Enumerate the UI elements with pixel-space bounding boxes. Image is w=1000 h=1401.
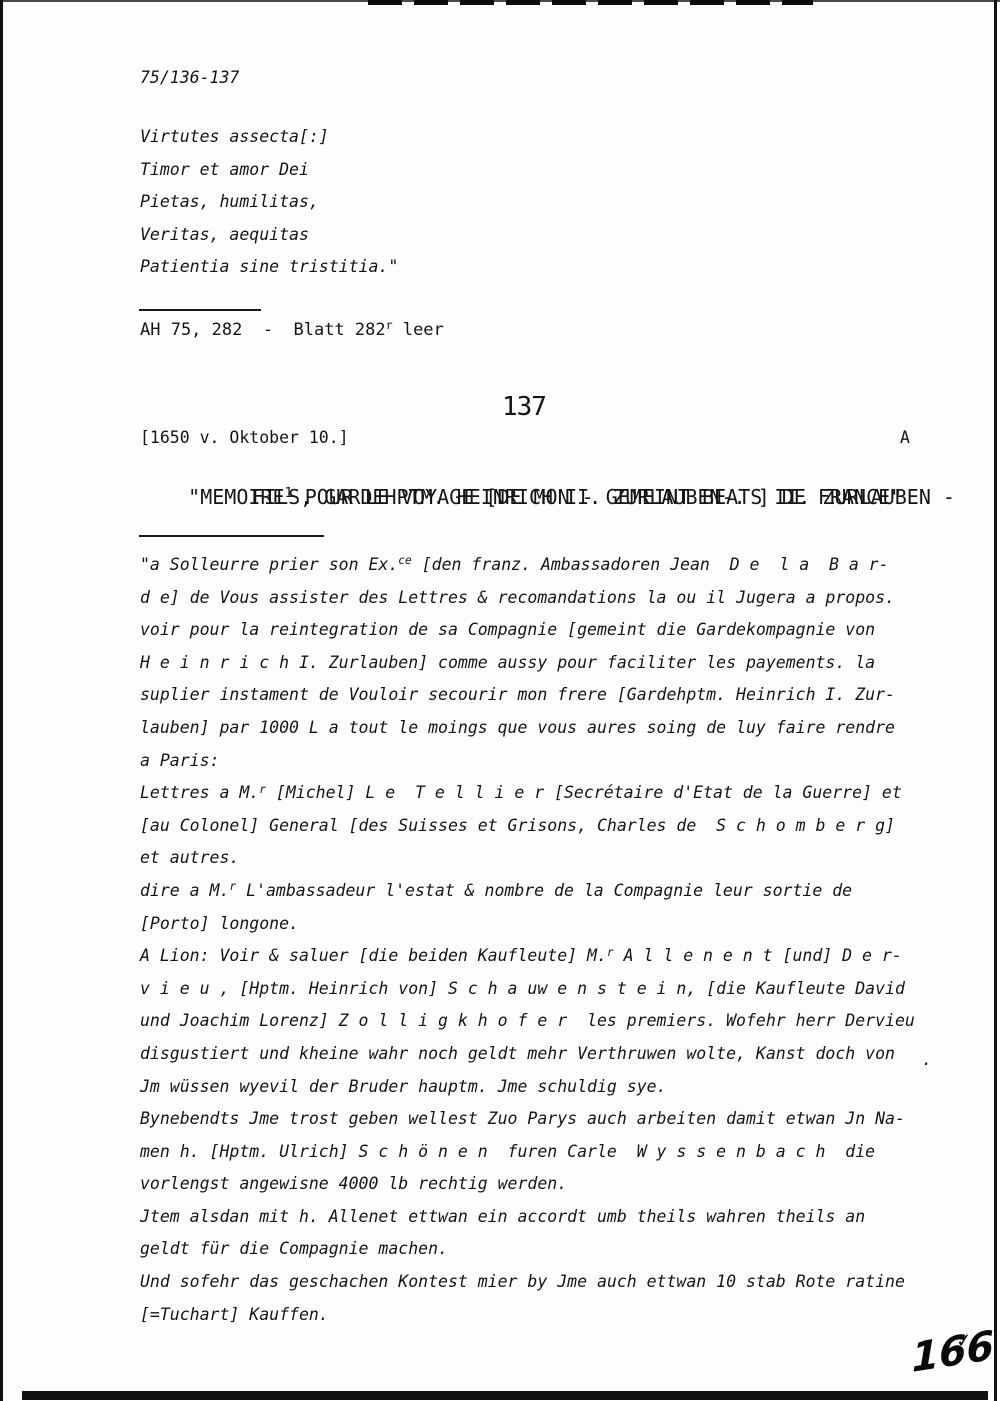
body-line: et autres. <box>140 842 915 875</box>
motto-block: Virtutes assecta[:]Timor et amor DeiPiet… <box>140 121 398 284</box>
body-line: Bynebendts Jme trost geben wellest Zuo P… <box>140 1103 915 1136</box>
divider-rule-title <box>139 535 324 537</box>
date-line: [1650 v. Oktober 10.] <box>140 428 349 447</box>
motto-line: Patientia sine tristitia." <box>140 251 398 284</box>
scan-edge-left <box>0 0 3 1401</box>
scan-edge-right <box>994 0 997 1401</box>
archive-reference: AH 75, 282 - Blatt 282r leer <box>140 320 444 340</box>
motto-line: Timor et amor Dei <box>140 154 398 187</box>
body-line: a Paris: <box>140 745 915 778</box>
body-line: vorlengst angewisne 4000 lb rechtig werd… <box>140 1168 915 1201</box>
page-number: 137 <box>502 392 546 422</box>
body-line: A Lion: Voir & saluer [die beiden Kaufle… <box>140 940 915 973</box>
motto-line: Veritas, aequitas <box>140 219 398 252</box>
body-line: dire a M.r L'ambassadeur l'estat & nombr… <box>140 875 915 908</box>
body-line: men h. [Hptm. Ulrich] S c h ö n e n fure… <box>140 1136 915 1169</box>
memoire-body-text: "a Solleurre prier son Ex.ce [den franz.… <box>140 549 915 1331</box>
body-line: Jtem alsdan mit h. Allenet ettwan ein ac… <box>140 1201 915 1234</box>
body-line: Jm wüssen wyevil der Bruder hauptm. Jme … <box>140 1071 915 1104</box>
scan-edge-bottom <box>22 1391 988 1400</box>
scan-edge-top-dashes <box>368 0 813 5</box>
body-line: Lettres a M.r [Michel] L e T e l l i e r… <box>140 777 915 810</box>
stray-ink-dot: . <box>922 1050 932 1069</box>
body-line: v i e u , [Hptm. Heinrich von] S c h a u… <box>140 973 915 1006</box>
divider-rule-top <box>139 309 261 311</box>
body-line: "a Solleurre prier son Ex.ce [den franz.… <box>140 549 915 582</box>
body-line: voir pour la reintegration de sa Compagn… <box>140 614 915 647</box>
body-line: [Porto] longone. <box>140 908 915 941</box>
body-line: disgustiert und kheine wahr noch geldt m… <box>140 1038 915 1071</box>
body-line: lauben] par 1000 L a tout le moings que … <box>140 712 915 745</box>
body-line: Und sofehr das geschachen Kontest mier b… <box>140 1266 915 1299</box>
checkmark-icon: ✓ <box>955 1329 973 1353</box>
body-line: und Joachim Lorenz] Z o l l i g k h o f … <box>140 1005 915 1038</box>
body-line: suplier instament de Vouloir secourir mo… <box>140 679 915 712</box>
body-line: geldt für die Compagnie machen. <box>140 1233 915 1266</box>
motto-line: Virtutes assecta[:] <box>140 121 398 154</box>
title-line-2: FILS, GARDEHPTM. HEINRICH II. ZURLAUBEN-… <box>252 482 902 512</box>
body-line: [=Tuchart] Kauffen. <box>140 1299 915 1332</box>
scanned-document-page: 75/136-137 Virtutes assecta[:]Timor et a… <box>0 0 1000 1401</box>
document-ref-number: 75/136-137 <box>140 68 239 87</box>
body-line: d e] de Vous assister des Lettres & reco… <box>140 582 915 615</box>
marginal-letter: A <box>900 428 910 447</box>
handwritten-folio-number: 166 <box>911 1322 994 1382</box>
body-line: [au Colonel] General [des Suisses et Gri… <box>140 810 915 843</box>
motto-line: Pietas, humilitas, <box>140 186 398 219</box>
body-line: H e i n r i c h I. Zurlauben] comme auss… <box>140 647 915 680</box>
